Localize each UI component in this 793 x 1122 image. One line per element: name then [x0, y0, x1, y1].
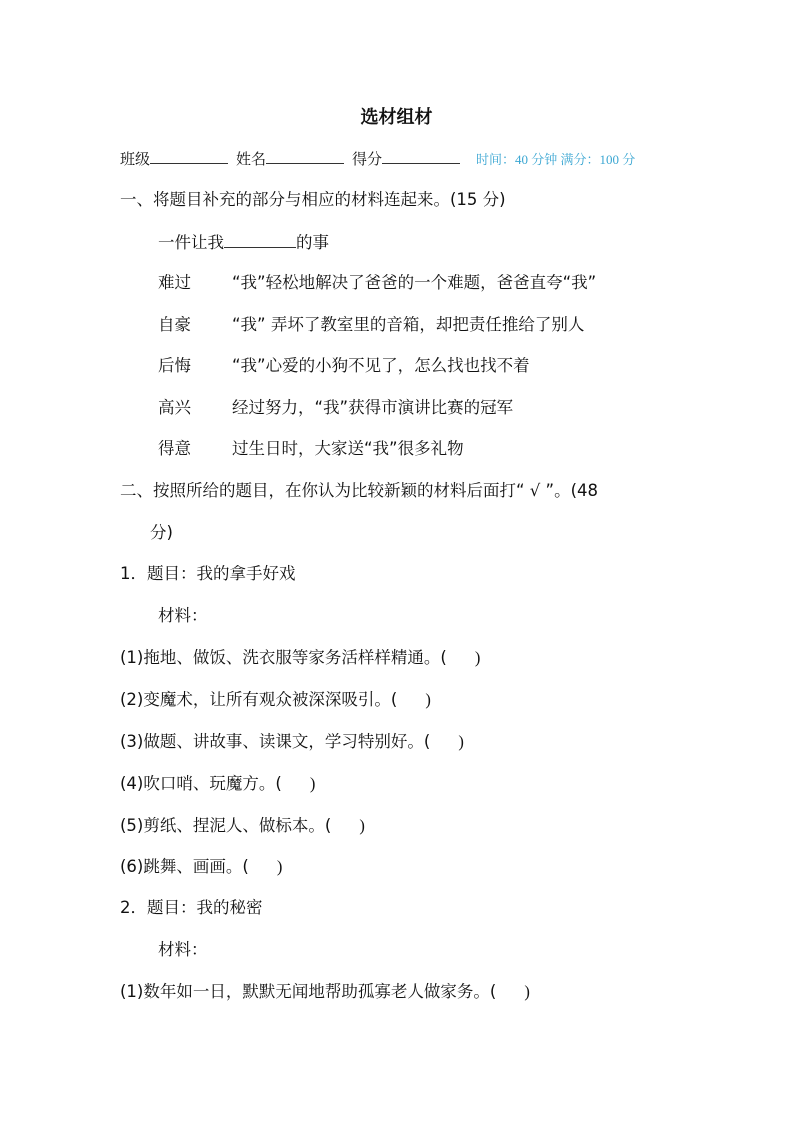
- score-field[interactable]: [382, 149, 460, 164]
- paren-close: ): [277, 857, 283, 876]
- material-item: (4)吹口哨、玩魔方。(): [120, 773, 315, 795]
- match-material[interactable]: “我”轻松地解决了爸爸的一个难题，爸爸直夸“我”: [232, 273, 596, 292]
- section2-heading: 二、按照所给的题目，在你认为比较新颖的材料后面打“ √ ”。(48: [120, 480, 598, 502]
- question2-title: 2．题目：我的秘密: [120, 897, 263, 919]
- match-word[interactable]: 后悔: [158, 355, 232, 377]
- match-material[interactable]: “我”心爱的小狗不见了，怎么找也找不着: [232, 356, 530, 375]
- paren-close: ): [524, 982, 530, 1001]
- material-text: (4)吹口哨、玩魔方。(: [120, 774, 282, 793]
- paren-close: ): [475, 648, 481, 667]
- material-text: (1)拖地、做饭、洗衣服等家务活样样精通。(: [120, 648, 447, 667]
- match-row: 后悔“我”心爱的小狗不见了，怎么找也找不着: [158, 355, 530, 377]
- material-item: (3)做题、讲故事、读课文，学习特别好。(): [120, 731, 464, 753]
- paren-close: ): [310, 774, 316, 793]
- time-score-info: 时间：40 分钟 满分：100 分: [476, 149, 635, 168]
- question2-materials-label: 材料：: [158, 939, 208, 961]
- prompt-suffix: 的事: [296, 233, 329, 252]
- material-item: (5)剪纸、捏泥人、做标本。(): [120, 815, 365, 837]
- paren-close: ): [425, 690, 431, 709]
- match-row: 得意过生日时，大家送“我”很多礼物: [158, 438, 464, 460]
- match-word[interactable]: 得意: [158, 438, 232, 460]
- match-word[interactable]: 难过: [158, 272, 232, 294]
- material-text: (5)剪纸、捏泥人、做标本。(: [120, 816, 331, 835]
- match-word[interactable]: 自豪: [158, 314, 232, 336]
- material-item: (6)跳舞、画画。(): [120, 856, 282, 878]
- prompt-blank[interactable]: [224, 231, 296, 248]
- paren-close: ): [458, 732, 464, 751]
- prompt-prefix: 一件让我: [158, 233, 224, 252]
- score-label: 得分: [352, 148, 382, 169]
- match-row: 自豪“我” 弄坏了教室里的音箱，却把责任推给了别人: [158, 314, 584, 336]
- material-text: (2)变魔术，让所有观众被深深吸引。(: [120, 690, 397, 709]
- match-word[interactable]: 高兴: [158, 397, 232, 419]
- section1-heading: 一、将题目补充的部分与相应的材料连起来。(15 分): [120, 189, 506, 211]
- page-title: 选材组材: [0, 103, 793, 129]
- name-label: 姓名: [236, 148, 266, 169]
- match-material[interactable]: “我” 弄坏了教室里的音箱，却把责任推给了别人: [232, 315, 584, 334]
- material-item: (2)变魔术，让所有观众被深深吸引。(): [120, 689, 431, 711]
- material-text: (1)数年如一日，默默无闻地帮助孤寡老人做家务。(: [120, 982, 496, 1001]
- class-label: 班级: [120, 148, 150, 169]
- material-text: (3)做题、讲故事、读课文，学习特别好。(: [120, 732, 430, 751]
- material-item: (1)数年如一日，默默无闻地帮助孤寡老人做家务。(): [120, 981, 530, 1003]
- question1-materials-label: 材料：: [158, 605, 208, 627]
- section2-heading-cont: 分): [150, 522, 173, 544]
- match-row: 高兴经过努力，“我”获得市演讲比赛的冠军: [158, 397, 513, 419]
- name-field[interactable]: [266, 149, 344, 164]
- match-material[interactable]: 过生日时，大家送“我”很多礼物: [232, 439, 464, 458]
- worksheet-page: 选材组材 班级 姓名 得分 时间：40 分钟 满分：100 分 一、将题目补充的…: [0, 0, 793, 1122]
- paren-close: ): [359, 816, 365, 835]
- section1-prompt: 一件让我的事: [158, 231, 329, 254]
- class-field[interactable]: [150, 149, 228, 164]
- match-row: 难过“我”轻松地解决了爸爸的一个难题，爸爸直夸“我”: [158, 272, 596, 294]
- student-info-header: 班级 姓名 得分 时间：40 分钟 满分：100 分: [120, 148, 680, 169]
- question1-title: 1．题目：我的拿手好戏: [120, 563, 296, 585]
- match-material[interactable]: 经过努力，“我”获得市演讲比赛的冠军: [232, 398, 513, 417]
- material-item: (1)拖地、做饭、洗衣服等家务活样样精通。(): [120, 647, 480, 669]
- material-text: (6)跳舞、画画。(: [120, 857, 249, 876]
